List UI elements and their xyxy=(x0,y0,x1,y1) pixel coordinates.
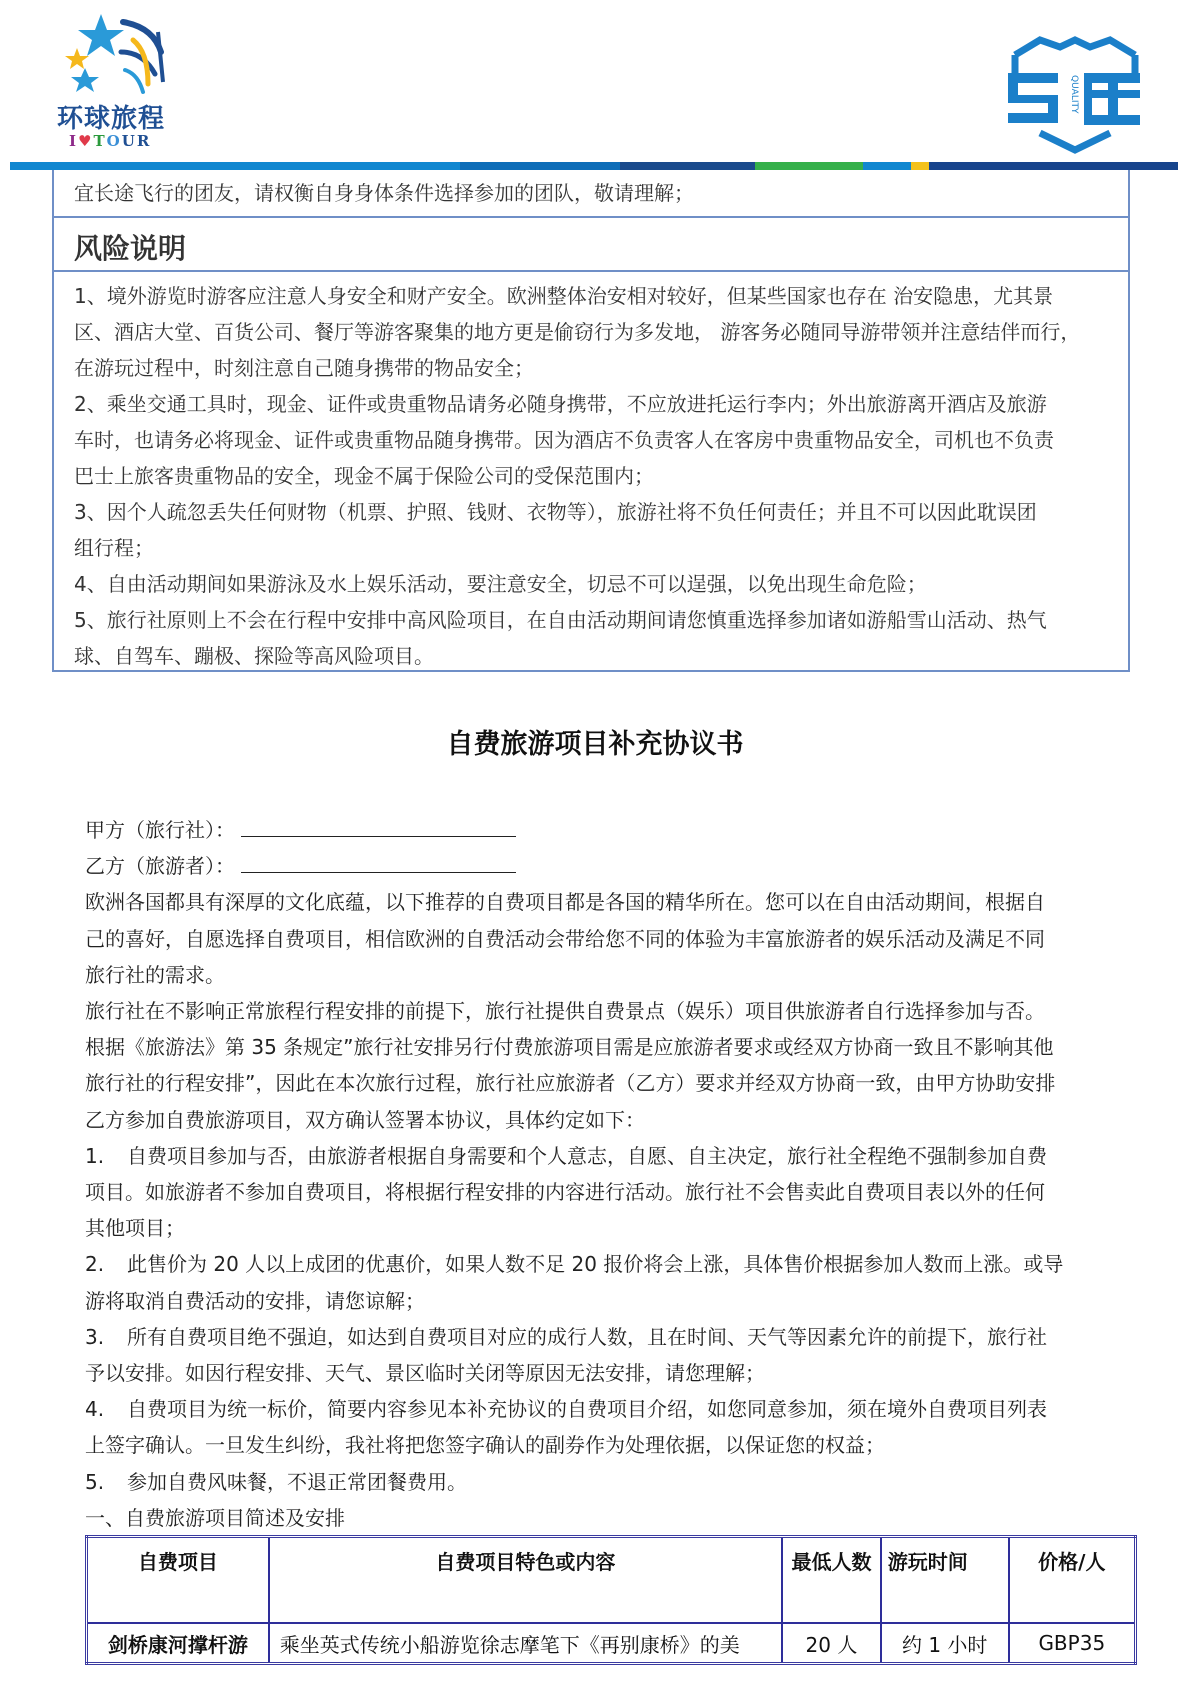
risk-title: 风险说明 xyxy=(54,218,1128,272)
party-b-label: 乙方（旅游者）： xyxy=(85,848,235,884)
cell-item: 剑桥康河撑杆游 xyxy=(87,1623,269,1664)
agreement-line: 旅行社在不影响正常旅程行程安排的前提下，旅行社提供自费景点（娱乐）项目供旅游者自… xyxy=(85,993,1110,1029)
header-color-bar xyxy=(10,162,1178,170)
table-row: 剑桥康河撑杆游 乘坐英式传统小船游览徐志摩笔下《再别康桥》的美 20 人 约 1… xyxy=(87,1623,1136,1664)
col-header-duration: 游玩时间 xyxy=(881,1537,1009,1624)
party-a-label: 甲方（旅行社）： xyxy=(85,812,235,848)
agreement-title: 自费旅游项目补充协议书 xyxy=(0,722,1190,761)
previous-note: 宜长途飞行的团友，请权衡自身身体条件选择参加的团队，敬请理解； xyxy=(54,170,1128,218)
cell-content: 乘坐英式传统小船游览徐志摩笔下《再别康桥》的美 xyxy=(269,1623,782,1664)
risk-body: 1、境外游览时游客应注意人身安全和财产安全。欧洲整体治安相对较好，但某些国家也存… xyxy=(54,272,1128,674)
clause-2-cont: 游将取消自费活动的安排，请您谅解； xyxy=(85,1283,1110,1319)
clause-1-cont: 其他项目； xyxy=(85,1210,1110,1246)
party-b-signature-field[interactable] xyxy=(241,850,516,873)
cell-min-people: 20 人 xyxy=(782,1623,881,1664)
agreement-line: 欧洲各国都具有深厚的文化底蕴，以下推荐的自费项目都是各国的精华所在。您可以在自由… xyxy=(85,884,1110,920)
cell-duration: 约 1 小时 xyxy=(881,1623,1009,1664)
agreement-line: 旅行社的行程安排”，因此在本次旅行过程，旅行社应旅游者（乙方）要求并经双方协商一… xyxy=(85,1065,1110,1101)
party-a-signature-field[interactable] xyxy=(241,814,516,837)
svg-text:QUALITY: QUALITY xyxy=(1069,75,1079,114)
clause-3-cont: 予以安排。如因行程安排、天气、景区临时关闭等原因无法安排，请您理解； xyxy=(85,1355,1110,1391)
risk-line: 2、乘坐交通工具时，现金、证件或贵重物品请务必随身携带，不应放进托运行李内；外出… xyxy=(74,386,1108,422)
risk-line: 区、酒店大堂、百货公司、餐厅等游客聚集的地方更是偷窃行为多发地， 游客务必随同导… xyxy=(74,314,1108,350)
risk-line: 5、旅行社原则上不会在行程中安排中高风险项目，在自由活动期间请您慎重选择参加诸如… xyxy=(74,602,1108,638)
brand-name-en: I♥TOUR xyxy=(69,132,151,150)
risk-line: 4、自由活动期间如果游泳及水上娱乐活动，要注意安全，切忌不可以逞强，以免出现生命… xyxy=(74,566,1108,602)
stars-icon xyxy=(63,12,173,102)
company-logo: 环球旅程 I♥TOUR xyxy=(55,12,195,152)
risk-line: 车时，也请务必将现金、证件或贵重物品随身携带。因为酒店不负责客人在客房中贵重物品… xyxy=(74,422,1108,458)
page-header: 环球旅程 I♥TOUR QUALITY xyxy=(0,0,1190,170)
agreement-body: 甲方（旅行社）： 乙方（旅游者）： 欧洲各国都具有深厚的文化底蕴，以下推荐的自费… xyxy=(85,812,1110,1536)
clause-3: 3.所有自费项目绝不强迫，如达到自费项目对应的成行人数，且在时间、天气等因素允许… xyxy=(85,1319,1110,1355)
risk-line: 组行程； xyxy=(74,530,1108,566)
cell-price: GBP35 xyxy=(1009,1623,1136,1664)
risk-line: 1、境外游览时游客应注意人身安全和财产安全。欧洲整体治安相对较好，但某些国家也存… xyxy=(74,278,1108,314)
agreement-line: 乙方参加自费旅游项目，双方确认签署本协议，具体约定如下： xyxy=(85,1102,1110,1138)
clause-4: 4.自费项目为统一标价，简要内容参见本补充协议的自费项目介绍，如您同意参加，须在… xyxy=(85,1391,1110,1427)
col-header-item: 自费项目 xyxy=(87,1537,269,1624)
clause-2: 2.此售价为 20 人以上成团的优惠价，如果人数不足 20 报价将会上涨，具体售… xyxy=(85,1246,1110,1282)
col-header-min-people: 最低人数 xyxy=(782,1537,881,1624)
risk-line: 球、自驾车、蹦极、探险等高风险项目。 xyxy=(74,638,1108,674)
col-header-price: 价格/人 xyxy=(1009,1537,1136,1624)
clause-1-cont: 项目。如旅游者不参加自费项目，将根据行程安排的内容进行活动。旅行社不会售卖此自费… xyxy=(85,1174,1110,1210)
party-a: 甲方（旅行社）： xyxy=(85,812,1110,848)
party-b: 乙方（旅游者）： xyxy=(85,848,1110,884)
brand-name-cn: 环球旅程 xyxy=(57,98,165,135)
clause-5: 5.参加自费风味餐，不退正常团餐费用。 xyxy=(85,1464,1110,1500)
agreement-line: 旅行社的需求。 xyxy=(85,957,1110,993)
clause-1: 1.自费项目参加与否，由旅游者根据自身需要和个人意志，自愿、自主决定，旅行社全程… xyxy=(85,1138,1110,1174)
quality-shield-icon: QUALITY xyxy=(1000,35,1150,155)
agreement-line: 根据《旅游法》第 35 条规定”旅行社安排另行付费旅游项目需是应旅游者要求或经双… xyxy=(85,1029,1110,1065)
risk-line: 3、因个人疏忽丢失任何财物（机票、护照、钱财、衣物等），旅游社将不负任何责任；并… xyxy=(74,494,1108,530)
risk-line: 巴士上旅客贵重物品的安全，现金不属于保险公司的受保范围内； xyxy=(74,458,1108,494)
section-heading: 一、自费旅游项目简述及安排 xyxy=(85,1500,1110,1536)
clause-4-cont: 上签字确认。一旦发生纠纷，我社将把您签字确认的副券作为处理依据，以保证您的权益； xyxy=(85,1427,1110,1463)
agreement-line: 己的喜好，自愿选择自费项目，相信欧洲的自费活动会带给您不同的体验为丰富旅游者的娱… xyxy=(85,921,1110,957)
table-header-row: 自费项目 自费项目特色或内容 最低人数 游玩时间 价格/人 xyxy=(87,1537,1136,1624)
col-header-content: 自费项目特色或内容 xyxy=(269,1537,782,1624)
quality-logo: QUALITY xyxy=(1000,35,1150,155)
risk-section: 宜长途飞行的团友，请权衡自身身体条件选择参加的团队，敬请理解； 风险说明 1、境… xyxy=(52,170,1130,672)
risk-line: 在游玩过程中，时刻注意自己随身携带的物品安全； xyxy=(74,350,1108,386)
optional-tour-table: 自费项目 自费项目特色或内容 最低人数 游玩时间 价格/人 剑桥康河撑杆游 乘坐… xyxy=(85,1535,1137,1665)
